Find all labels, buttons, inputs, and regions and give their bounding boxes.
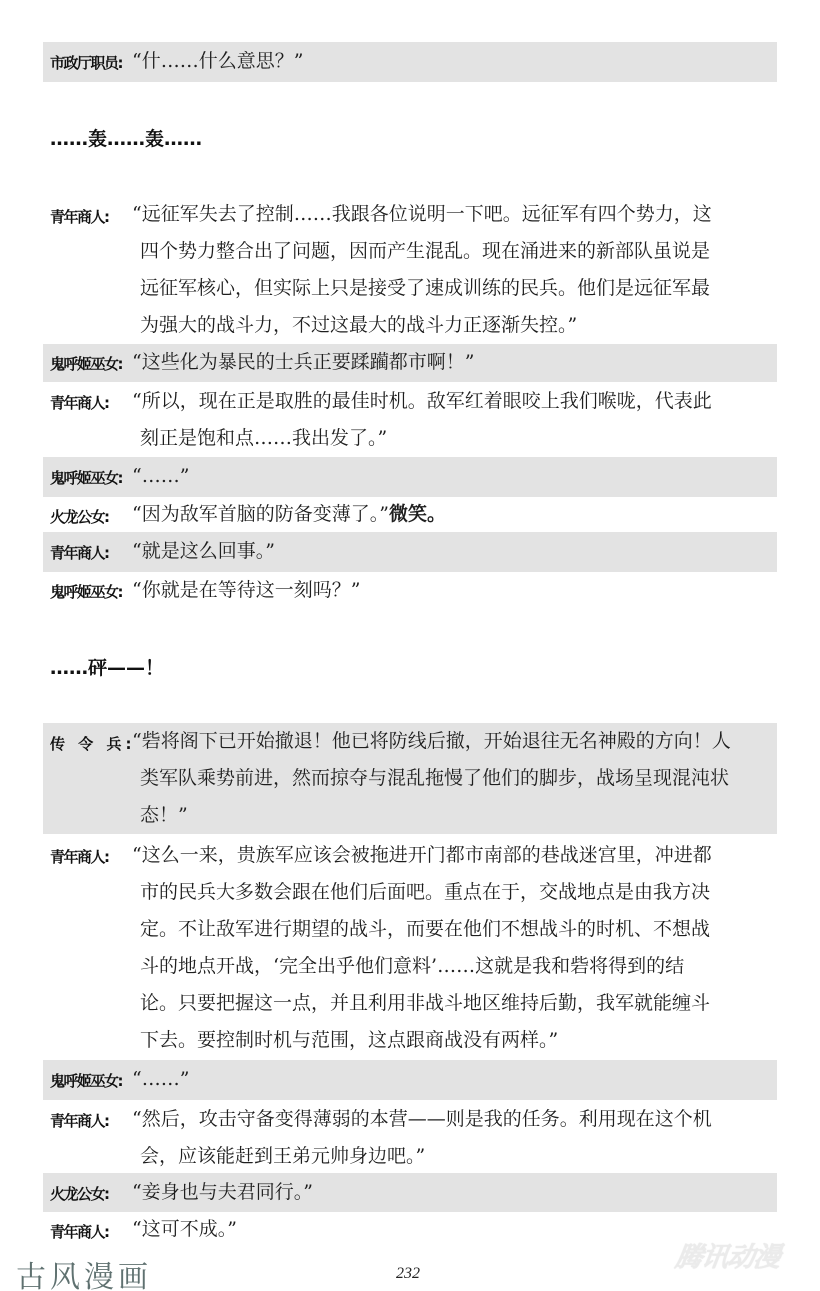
dialogue-row: 火龙公女: “妾身也与夫君同行。” xyxy=(43,1173,777,1212)
speech-line: 类军队乘势前进，然而掠夺与混乱拖慢了他们的脚步，战场呈现混沌状 xyxy=(140,760,772,797)
speech-line: “因为敌军首脑的防备变薄了。”微笑。 xyxy=(132,496,772,533)
speech-text: “妾身也与夫君同行。” xyxy=(140,1174,772,1211)
dialogue-row: 鬼呼姬巫女: “……” xyxy=(43,457,777,497)
speech-line: “你就是在等待这一刻吗？” xyxy=(132,572,772,609)
speech-line: 远征军核心，但实际上只是接受了速成训练的民兵。他们是远征军最 xyxy=(140,270,772,307)
speech-text: “你就是在等待这一刻吗？” xyxy=(140,572,772,609)
dialogue-row: 鬼呼姬巫女: “这些化为暴民的士兵正要蹂躏都市啊！” xyxy=(43,344,777,382)
dialogue-row: 鬼呼姬巫女: “……” xyxy=(43,1060,777,1100)
dialogue-row: 传 令 兵: “砦将阁下已开始撤退！他已将防线后撤，开始退往无名神殿的方向！人 … xyxy=(43,723,777,834)
speaker-label: 青年商人: xyxy=(50,1110,109,1131)
speech-line: “这些化为暴民的士兵正要蹂躏都市啊！” xyxy=(132,344,772,381)
watermark-logo-left: 古风漫画 xyxy=(16,1252,152,1291)
speech-line: 态！” xyxy=(140,797,772,834)
dialogue-row: 青年商人: “这么一来，贵族军应该会被拖进开门都市南部的巷战迷宫里，冲进都 市的… xyxy=(43,836,777,1060)
speech-text: “砦将阁下已开始撤退！他已将防线后撤，开始退往无名神殿的方向！人 类军队乘势前进… xyxy=(140,723,772,834)
speech-text: “……” xyxy=(140,458,772,495)
speaker-label: 青年商人: xyxy=(50,846,109,867)
speaker-label: 鬼呼姬巫女: xyxy=(50,581,122,602)
speaker-label: 火龙公女: xyxy=(50,1183,109,1204)
speaker-label: 火龙公女: xyxy=(50,506,109,527)
speech-line: “远征军失去了控制……我跟各位说明一下吧。远征军有四个势力，这 xyxy=(132,196,772,233)
speaker-label: 青年商人: xyxy=(50,206,109,227)
speech-line: “所以，现在正是取胜的最佳时机。敌军红着眼咬上我们喉咙，代表此 xyxy=(132,383,772,420)
speech-text: “……” xyxy=(140,1061,772,1098)
speech-text: “所以，现在正是取胜的最佳时机。敌军红着眼咬上我们喉咙，代表此 刻正是饱和点……… xyxy=(140,383,772,457)
speaker-label: 鬼呼姬巫女: xyxy=(50,467,122,488)
speech-line: 会，应该能赶到王弟元帅身边吧。” xyxy=(140,1138,772,1175)
dialogue-row: 青年商人: “这可不成。” xyxy=(43,1212,777,1248)
sound-effect: ……砰——！ xyxy=(50,653,164,680)
speaker-label: 鬼呼姬巫女: xyxy=(50,353,122,374)
speech-line: 四个势力整合出了问题，因而产生混乱。现在涌进来的新部队虽说是 xyxy=(140,233,772,270)
speaker-label: 青年商人: xyxy=(50,542,109,563)
speech-line: 刻正是饱和点……我出发了。” xyxy=(140,420,772,457)
speech-line: 市的民兵大多数会跟在他们后面吧。重点在于，交战地点是由我方决 xyxy=(140,874,772,911)
speech-line: 斗的地点开战，‘完全出乎他们意料’……这就是我和砦将得到的结 xyxy=(140,948,772,985)
speech-text: “就是这么回事。” xyxy=(140,533,772,570)
speech-text: “这么一来，贵族军应该会被拖进开门都市南部的巷战迷宫里，冲进都 市的民兵大多数会… xyxy=(140,837,772,1059)
speech-line: “什……什么意思？” xyxy=(132,43,772,80)
speech-line: “这么一来，贵族军应该会被拖进开门都市南部的巷战迷宫里，冲进都 xyxy=(132,837,772,874)
speech-text: “远征军失去了控制……我跟各位说明一下吧。远征军有四个势力，这 四个势力整合出了… xyxy=(140,196,772,344)
speech-line: “然后，攻击守备变得薄弱的本营——则是我的任务。利用现在这个机 xyxy=(132,1101,772,1138)
speaker-label: 传 令 兵: xyxy=(50,733,135,754)
speech-line: 论。只要把握这一点，并且利用非战斗地区维持后勤，我军就能缠斗 xyxy=(140,985,772,1022)
dialogue-row: 鬼呼姬巫女: “你就是在等待这一刻吗？” xyxy=(43,572,777,610)
novel-page: 市政厅职员: “什……什么意思？” ……轰……轰…… 青年商人: “远征军失去了… xyxy=(0,0,820,1291)
speaker-label: 青年商人: xyxy=(50,392,109,413)
speech-line: 下去。要控制时机与范围，这点跟商战没有两样。” xyxy=(140,1022,772,1059)
dialogue-row: 青年商人: “所以，现在正是取胜的最佳时机。敌军红着眼咬上我们喉咙，代表此 刻正… xyxy=(43,382,777,457)
speech-line: 为强大的战斗力，不过这最大的战斗力正逐渐失控。” xyxy=(140,307,772,344)
speech-text: “什……什么意思？” xyxy=(140,43,772,80)
sound-effect: ……轰……轰…… xyxy=(50,124,202,151)
speech-text: “这些化为暴民的士兵正要蹂躏都市啊！” xyxy=(140,344,772,381)
dialogue-row: 青年商人: “然后，攻击守备变得薄弱的本营——则是我的任务。利用现在这个机 会，… xyxy=(43,1100,777,1173)
speech-text: “因为敌军首脑的防备变薄了。”微笑。 xyxy=(140,496,772,533)
speech-line: “妾身也与夫君同行。” xyxy=(132,1174,772,1211)
dialogue-row: 市政厅职员: “什……什么意思？” xyxy=(43,42,777,82)
speech-line: “砦将阁下已开始撤退！他已将防线后撤，开始退往无名神殿的方向！人 xyxy=(132,723,772,760)
dialogue-row: 青年商人: “远征军失去了控制……我跟各位说明一下吧。远征军有四个势力，这 四个… xyxy=(43,196,777,342)
speaker-label: 市政厅职员: xyxy=(50,52,122,73)
speech-text: “然后，攻击守备变得薄弱的本营——则是我的任务。利用现在这个机 会，应该能赶到王… xyxy=(140,1101,772,1175)
speech-line: “……” xyxy=(132,458,772,495)
speech-line: “就是这么回事。” xyxy=(132,533,772,570)
speech-line: “……” xyxy=(132,1061,772,1098)
speech-line: 定。不让敌军进行期望的战斗，而要在他们不想战斗的时机、不想战 xyxy=(140,911,772,948)
dialogue-row: 青年商人: “就是这么回事。” xyxy=(43,532,777,572)
page-number: 232 xyxy=(396,1265,420,1283)
watermark-logo-right: 腾讯动漫 xyxy=(673,1235,782,1274)
speaker-label: 青年商人: xyxy=(50,1221,109,1242)
speaker-label: 鬼呼姬巫女: xyxy=(50,1070,122,1091)
action-emphasis: 微笑。 xyxy=(389,503,446,525)
dialogue-row: 火龙公女: “因为敌军首脑的防备变薄了。”微笑。 xyxy=(43,497,777,532)
speech-line: “这可不成。” xyxy=(132,1211,772,1248)
